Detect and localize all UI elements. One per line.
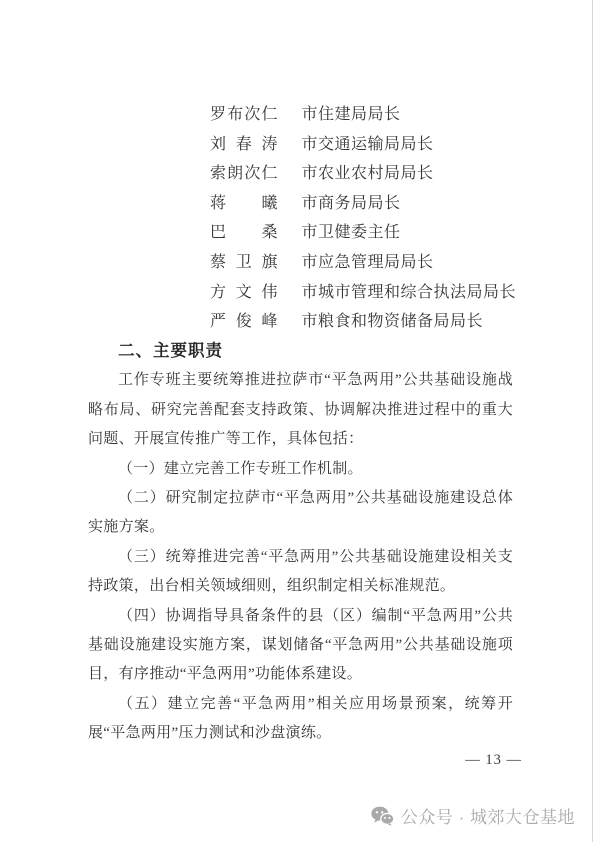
paragraph-item-1: （一）建立完善工作专班工作机制。 (88, 455, 513, 484)
watermark-text: 公众号 · 城郊大仓基地 (401, 803, 575, 828)
paragraph-item-2: （二）研究制定拉萨市“平急两用”公共基础设施建设总体实施方案。 (88, 484, 513, 543)
official-title: 市粮食和物资储备局局长 (302, 307, 484, 337)
official-name: 严俊峰 (210, 307, 278, 337)
section-heading: 二、主要职责 (88, 337, 513, 366)
official-title: 市交通运输局局长 (302, 130, 434, 160)
official-name: 罗布次仁 (210, 100, 278, 130)
wechat-icon (371, 806, 394, 826)
paragraph-item-5: （五）建立完善“平急两用”相关应用场景预案，统筹开展“平急两用”压力测试和沙盘演… (88, 690, 513, 749)
official-name: 方文伟 (210, 278, 278, 308)
official-title: 市卫健委主任 (302, 218, 401, 248)
roster-row: 索朗次仁 市农业农村局局长 (210, 159, 516, 189)
watermark: 公众号 · 城郊大仓基地 (371, 803, 575, 828)
roster-row: 严俊峰 市粮食和物资储备局局长 (210, 307, 516, 337)
official-title: 市农业农村局局长 (302, 159, 434, 189)
roster-row: 罗布次仁 市住建局局长 (210, 100, 516, 130)
official-name: 刘春涛 (210, 130, 278, 160)
officials-roster: 罗布次仁 市住建局局长 刘春涛 市交通运输局局长 索朗次仁 市农业农村局局长 蒋… (210, 100, 516, 337)
official-title: 市应急管理局局长 (302, 248, 434, 278)
page-number: — 13 — (465, 752, 522, 769)
paragraph-item-4: （四）协调指导具备条件的县（区）编制“平急两用”公共基础设施建设实施方案，谋划储… (88, 602, 513, 690)
official-name: 蒋曦 (210, 189, 278, 219)
document-page: 罗布次仁 市住建局局长 刘春涛 市交通运输局局长 索朗次仁 市农业农村局局长 蒋… (0, 0, 600, 842)
responsibilities-section: 二、主要职责 工作专班主要统筹推进拉萨市“平急两用”公共基础设施战略布局、研究完… (88, 337, 513, 749)
roster-row: 蔡卫旗 市应急管理局局长 (210, 248, 516, 278)
roster-row: 巴桑 市卫健委主任 (210, 218, 516, 248)
official-name: 巴桑 (210, 218, 278, 248)
official-title: 市商务局局长 (302, 189, 401, 219)
official-title: 市城市管理和综合执法局局长 (302, 278, 517, 308)
roster-row: 方文伟 市城市管理和综合执法局局长 (210, 278, 516, 308)
roster-row: 蒋曦 市商务局局长 (210, 189, 516, 219)
roster-row: 刘春涛 市交通运输局局长 (210, 130, 516, 160)
paragraph-item-3: （三）统筹推进完善“平急两用”公共基础设施建设相关支持政策，出台相关领域细则，组… (88, 543, 513, 602)
official-name: 蔡卫旗 (210, 248, 278, 278)
paragraph-intro: 工作专班主要统筹推进拉萨市“平急两用”公共基础设施战略布局、研究完善配套支持政策… (88, 366, 513, 454)
official-title: 市住建局局长 (302, 100, 401, 130)
page-edge-line (592, 0, 593, 842)
official-name: 索朗次仁 (210, 159, 278, 189)
